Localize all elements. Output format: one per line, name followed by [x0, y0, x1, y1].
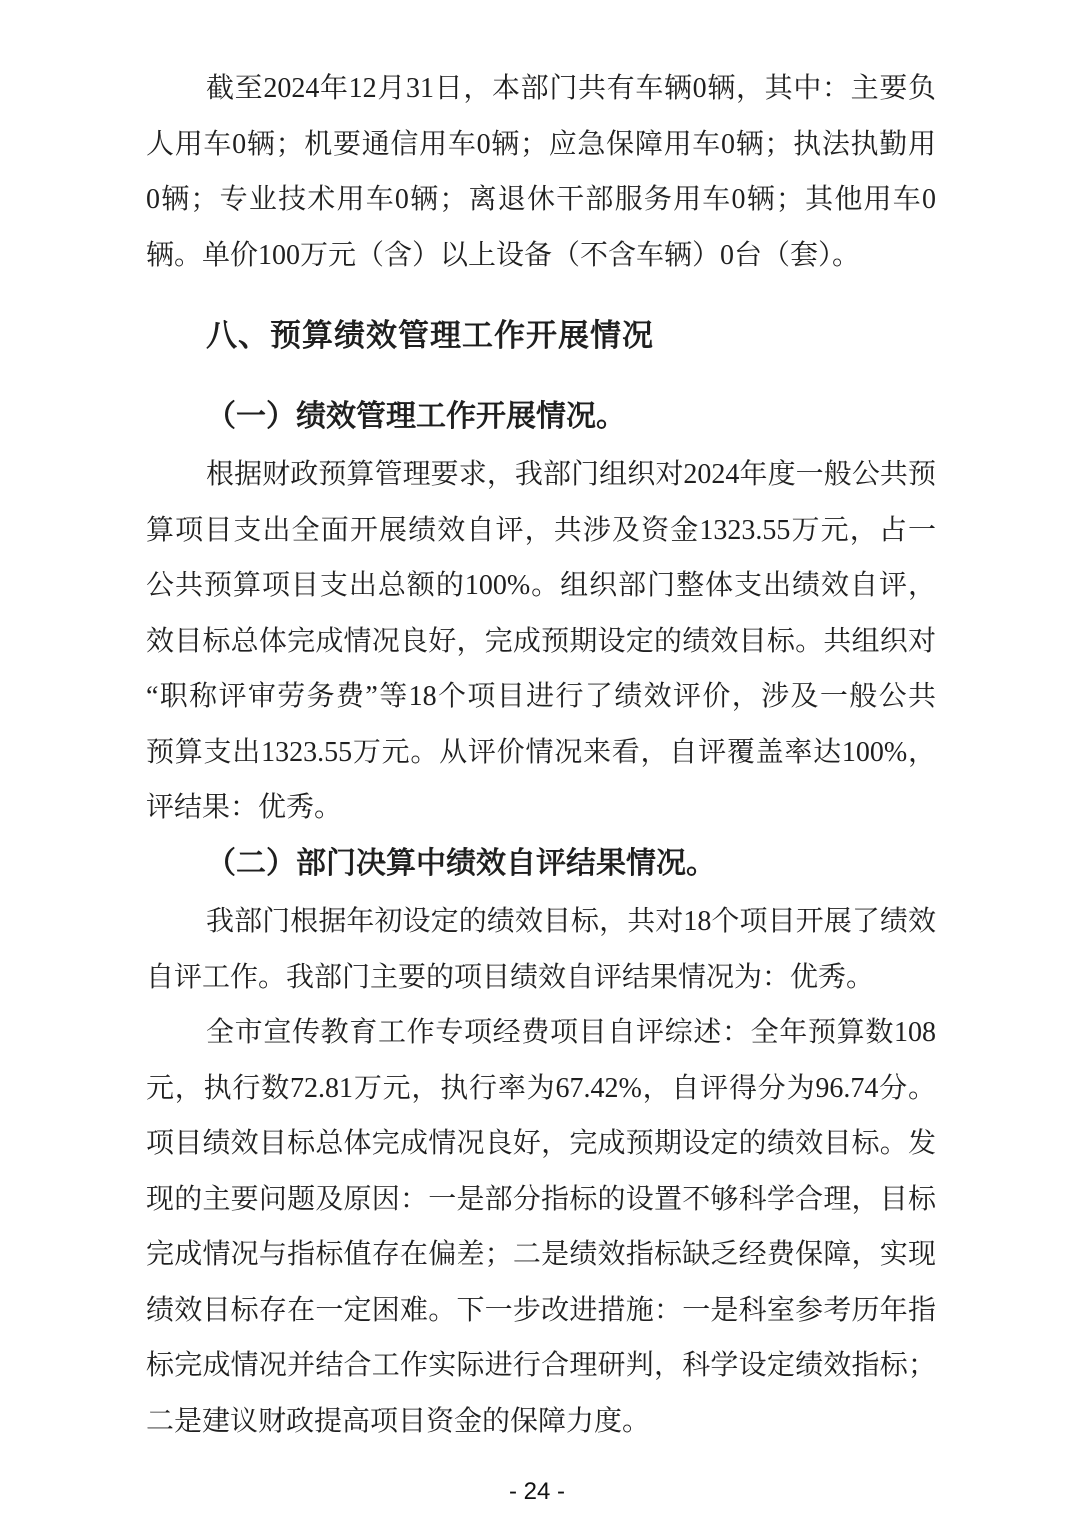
- paragraph: 全市宣传教育工作专项经费项目自评综述：全年预算数108万元，执行数72.81万元…: [146, 1005, 936, 1449]
- text-line: 标完成情况并结合工作实际进行合理研判，科学设定绩效指标；: [146, 1338, 936, 1394]
- text-line: 算项目支出全面开展绩效自评，共涉及资金1323.55万元，占一般: [146, 503, 936, 559]
- text-line: 现的主要问题及原因：一是部分指标的设置不够科学合理，目标: [146, 1172, 936, 1228]
- text-line: “职称评审劳务费”等18个项目进行了绩效评价，涉及一般公共: [146, 669, 936, 725]
- text-line: 辆。单价100万元（含）以上设备（不含车辆）0台（套）。: [146, 228, 936, 284]
- document-body: 截至2024年12月31日，本部门共有车辆0辆，其中：主要负责人用车0辆；机要通…: [146, 61, 936, 1449]
- subsection-heading: （二）部门决算中绩效自评结果情况。: [146, 836, 936, 892]
- text-line: 全市宣传教育工作专项经费项目自评综述：全年预算数108万: [146, 1005, 936, 1061]
- paragraph: 我部门根据年初设定的绩效目标，共对18个项目开展了绩效自评工作。我部门主要的项目…: [146, 894, 936, 1005]
- text-line: 完成情况与指标值存在偏差；二是绩效指标缺乏经费保障，实现: [146, 1227, 936, 1283]
- text-line: 根据财政预算管理要求，我部门组织对2024年度一般公共预: [146, 447, 936, 503]
- text-line: 截至2024年12月31日，本部门共有车辆0辆，其中：主要负责: [146, 61, 936, 117]
- paragraph: 截至2024年12月31日，本部门共有车辆0辆，其中：主要负责人用车0辆；机要通…: [146, 61, 936, 283]
- text-line: 八、预算绩效管理工作开展情况: [146, 308, 936, 364]
- text-line: 公共预算项目支出总额的100%。组织部门整体支出绩效自评，绩: [146, 558, 936, 614]
- text-line: （二）部门决算中绩效自评结果情况。: [146, 836, 936, 892]
- text-line: 预算支出1323.55万元。从评价情况来看，自评覆盖率达100%，自: [146, 725, 936, 781]
- text-line: 人用车0辆；机要通信用车0辆；应急保障用车0辆；执法执勤用车: [146, 117, 936, 173]
- section-heading: 八、预算绩效管理工作开展情况: [146, 308, 936, 364]
- text-line: 绩效目标存在一定困难。下一步改进措施：一是科室参考历年指: [146, 1283, 936, 1339]
- text-line: 元，执行数72.81万元，执行率为67.42%，自评得分为96.74分。: [146, 1061, 936, 1117]
- text-line: 评结果：优秀。: [146, 780, 936, 836]
- text-line: 项目绩效目标总体完成情况良好，完成预期设定的绩效目标。发: [146, 1116, 936, 1172]
- text-line: 效目标总体完成情况良好，完成预期设定的绩效目标。共组织对: [146, 614, 936, 670]
- page-footer: - 24 -: [0, 1478, 1074, 1506]
- text-line: 自评工作。我部门主要的项目绩效自评结果情况为：优秀。: [146, 950, 936, 1006]
- paragraph: 根据财政预算管理要求，我部门组织对2024年度一般公共预算项目支出全面开展绩效自…: [146, 447, 936, 836]
- subsection-heading: （一）绩效管理工作开展情况。: [146, 389, 936, 445]
- text-line: 二是建议财政提高项目资金的保障力度。: [146, 1394, 936, 1450]
- document-page: 截至2024年12月31日，本部门共有车辆0辆，其中：主要负责人用车0辆；机要通…: [0, 0, 1074, 1520]
- text-line: （一）绩效管理工作开展情况。: [146, 389, 936, 445]
- page-number: - 24 -: [509, 1478, 565, 1505]
- text-line: 我部门根据年初设定的绩效目标，共对18个项目开展了绩效: [146, 894, 936, 950]
- text-line: 0辆；专业技术用车0辆；离退休干部服务用车0辆；其他用车0: [146, 172, 936, 228]
